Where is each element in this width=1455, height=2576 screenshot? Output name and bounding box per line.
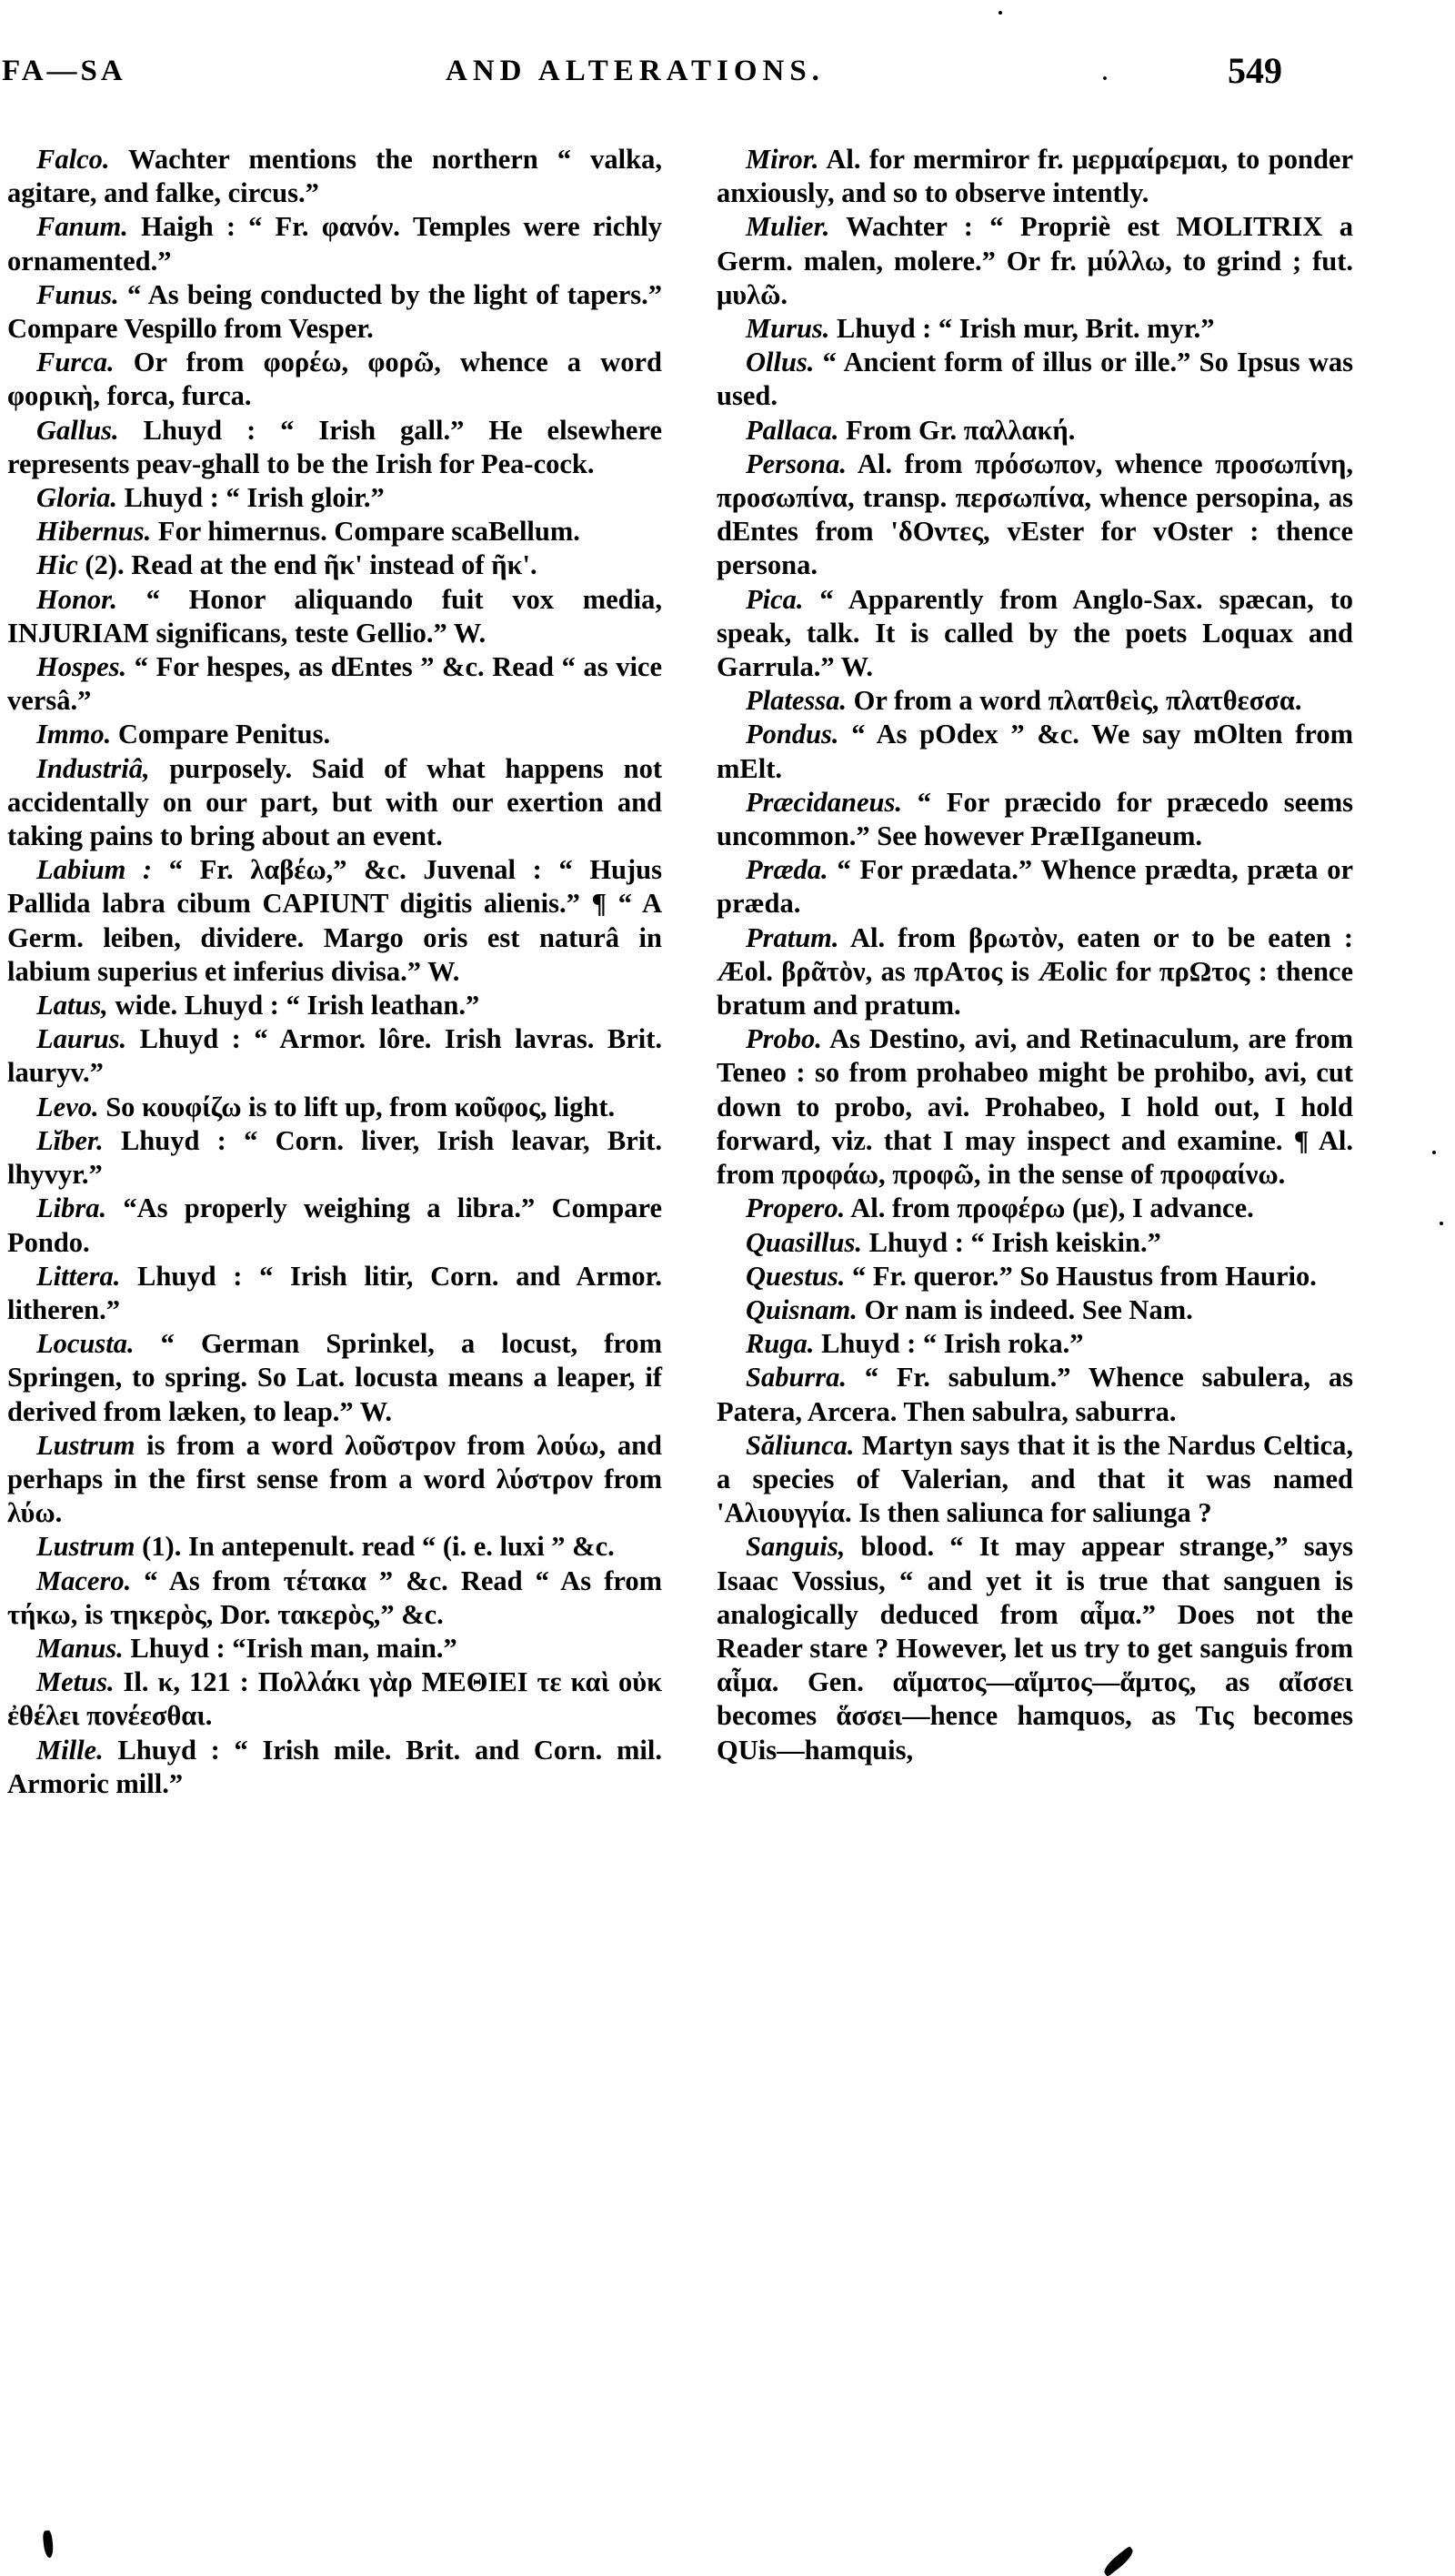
dictionary-entry: Hic (2). Read at the end ῆκ' instead of … <box>7 548 662 582</box>
dictionary-entry: Platessa. Or from a word πλατθεὶς, πλατθ… <box>717 684 1353 718</box>
dictionary-entry: Hibernus. For himernus. Compare scaBellu… <box>7 515 662 548</box>
entry-body: (2). Read at the end ῆκ' instead of ῆκ'. <box>78 549 537 580</box>
header-title: AND ALTERATIONS. <box>446 55 825 88</box>
dictionary-entry: Săliunca. Martyn says that it is the Nar… <box>717 1429 1353 1531</box>
speck-mark <box>998 11 1002 15</box>
page-number: 549 <box>1228 49 1282 92</box>
dictionary-entry: Falco. Wachter mentions the northern “ v… <box>7 143 662 210</box>
dictionary-entry: Latus, wide. Lhuyd : “ Irish leathan.” <box>7 989 662 1022</box>
entry-body: Or nam is indeed. See Nam. <box>858 1294 1193 1325</box>
dictionary-entry: Metus. Il. κ, 121 : Πολλάκι γὰρ ΜΕΘΙΕΙ τ… <box>7 1665 662 1733</box>
ink-blot-mark <box>42 2531 54 2559</box>
dictionary-entry: Quasillus. Lhuyd : “ Irish keiskin.” <box>717 1226 1353 1260</box>
entry-headword: Sanguis, <box>746 1531 845 1562</box>
dictionary-entry: Locusta. “ German Sprinkel, a locust, fr… <box>7 1327 662 1429</box>
entry-headword: Persona. <box>746 448 847 479</box>
dictionary-entry: Levo. So κουφίζω is to lift up, from κοῦ… <box>7 1091 662 1124</box>
dictionary-entry: Propero. Al. from προφέρω (με), I advanc… <box>717 1192 1353 1225</box>
entry-body: Lhuyd : “ Corn. liver, Irish leavar, Bri… <box>7 1125 662 1190</box>
entry-headword: Fanum. <box>36 211 128 242</box>
dictionary-entry: Mille. Lhuyd : “ Irish mile. Brit. and C… <box>7 1734 662 1801</box>
header-speck: . <box>1102 62 1111 86</box>
entry-headword: Industriâ, <box>36 753 150 784</box>
entry-headword: Metus. <box>36 1666 115 1697</box>
entry-headword: Probo. <box>746 1023 822 1054</box>
entry-body: Lhuyd : “ Irish mur, Brit. myr.” <box>829 313 1214 344</box>
dictionary-entry: Mulier. Wachter : “ Propriè est MOLITRIX… <box>717 210 1353 312</box>
running-header: FA—SA AND ALTERATIONS. . 549 <box>0 49 1455 95</box>
entry-headword: Funus. <box>36 279 119 310</box>
entry-headword: Hospes. <box>36 651 126 682</box>
dictionary-entry: Præda. “ For prædata.” Whence prædta, pr… <box>717 853 1353 921</box>
dictionary-entry: Labium : “ Fr. λαβέω,” &c. Juvenal : “ H… <box>7 853 662 989</box>
entry-body: Or from a word πλατθεὶς, πλατθεσσα. <box>847 685 1302 716</box>
dictionary-entry: Pica. “ Apparently from Anglo-Sax. spæca… <box>717 583 1353 685</box>
entry-body: (1). In antepenult. read “ (i. e. luxi ”… <box>135 1531 615 1562</box>
dictionary-entry: Macero. “ As from τέτακα ” &c. Read “ As… <box>7 1565 662 1632</box>
entry-headword: Mulier. <box>746 211 829 242</box>
entry-headword: Hic <box>36 549 78 580</box>
entry-headword: Honor. <box>36 584 117 615</box>
dictionary-entry: Præcidaneus. “ For præcido for præcedo s… <box>717 786 1353 853</box>
dictionary-entry: Probo. As Destino, avi, and Retinaculum,… <box>717 1022 1353 1192</box>
entry-body: From Gr. παλλακή. <box>839 415 1076 446</box>
left-column: Falco. Wachter mentions the northern “ v… <box>7 143 662 1801</box>
entry-headword: Questus. <box>746 1261 845 1292</box>
right-column: Miror. Al. for mermiror fr. μερμαίρεμαι,… <box>717 143 1353 1767</box>
entry-headword: Quisnam. <box>746 1294 858 1325</box>
entry-body: Lhuyd : “Irish man, main.” <box>124 1633 457 1664</box>
dictionary-entry: Gloria. Lhuyd : “ Irish gloir.” <box>7 481 662 515</box>
entry-body: blood. “ It may appear strange,” says Is… <box>717 1531 1353 1765</box>
dictionary-entry: Hospes. “ For hespes, as dEntes ” &c. Re… <box>7 650 662 718</box>
dictionary-entry: Persona. Al. from πρόσωπον, whence προσω… <box>717 448 1353 583</box>
entry-headword: Macero. <box>36 1565 131 1596</box>
entry-headword: Gallus. <box>36 415 119 446</box>
dictionary-entry: Gallus. Lhuyd : “ Irish gall.” He elsewh… <box>7 414 662 481</box>
dictionary-entry: Funus. “ As being conducted by the light… <box>7 278 662 346</box>
entry-headword: Hibernus. <box>36 516 151 547</box>
entry-body: “ Fr. queror.” So Haustus from Haurio. <box>845 1261 1317 1292</box>
entry-headword: Pica. <box>746 584 804 615</box>
dictionary-entry: Honor. “ Honor aliquando fuit vox media,… <box>7 583 662 650</box>
entry-headword: Saburra. <box>746 1362 847 1393</box>
dictionary-entry: Ruga. Lhuyd : “ Irish roka.” <box>717 1327 1353 1361</box>
dictionary-entry: Industriâ, purposely. Said of what happe… <box>7 752 662 854</box>
dictionary-entry: Pondus. “ As pOdex ” &c. We say mOlten f… <box>717 718 1353 785</box>
entry-headword: Manus. <box>36 1633 124 1664</box>
dictionary-entry: Lustrum is from a word λοῦστρον from λού… <box>7 1429 662 1531</box>
entry-headword: Laurus. <box>36 1023 126 1054</box>
dictionary-entry: Pratum. Al. from βρωτὸν, eaten or to be … <box>717 921 1353 1023</box>
dictionary-entry: Littera. Lhuyd : “ Irish litir, Corn. an… <box>7 1260 662 1327</box>
ink-smudge-mark <box>1101 2546 1137 2576</box>
entry-body: Lhuyd : “ Irish roka.” <box>814 1328 1083 1359</box>
dictionary-entry: Fanum. Haigh : “ Fr. φανόν. Temples were… <box>7 210 662 277</box>
entry-headword: Immo. <box>36 719 111 750</box>
entry-headword: Murus. <box>746 313 829 344</box>
entry-body: wide. Lhuyd : “ Irish leathan.” <box>108 990 479 1021</box>
entry-headword: Præcidaneus. <box>746 787 902 818</box>
dictionary-entry: Laurus. Lhuyd : “ Armor. lôre. Irish lav… <box>7 1022 662 1090</box>
entry-headword: Pratum. <box>746 922 839 953</box>
entry-headword: Labium : <box>36 854 152 885</box>
dictionary-entry: Furca. Or from φορέω, φορῶ, whence a wor… <box>7 346 662 413</box>
entry-headword: Săliunca. <box>746 1430 855 1461</box>
header-section-range: FA—SA <box>2 55 126 88</box>
entry-headword: Miror. <box>746 144 819 175</box>
entry-headword: Pallaca. <box>746 415 839 446</box>
entry-headword: Quasillus. <box>746 1227 862 1258</box>
speck-mark <box>1432 1151 1436 1154</box>
entry-headword: Pondus. <box>746 719 839 750</box>
dictionary-entry: Ollus. “ Ancient form of illus or ille.”… <box>717 346 1353 413</box>
dictionary-entry: Miror. Al. for mermiror fr. μερμαίρεμαι,… <box>717 143 1353 210</box>
entry-body: Compare Penitus. <box>111 719 330 750</box>
entry-body: “ Apparently from Anglo-Sax. spæcan, to … <box>717 584 1353 682</box>
entry-headword: Platessa. <box>746 685 847 716</box>
dictionary-entry: Saburra. “ Fr. sabulum.” Whence sabulera… <box>717 1361 1353 1428</box>
entry-headword: Furca. <box>36 347 115 377</box>
entry-headword: Lĭber. <box>36 1125 104 1156</box>
entry-headword: Levo. <box>36 1092 99 1122</box>
entry-headword: Ruga. <box>746 1328 814 1359</box>
entry-body: For himernus. Compare scaBellum. <box>151 516 580 547</box>
entry-body: Al. from προφέρω (με), I advance. <box>845 1192 1253 1223</box>
dictionary-entry: Libra. “As properly weighing a libra.” C… <box>7 1192 662 1259</box>
dictionary-entry: Manus. Lhuyd : “Irish man, main.” <box>7 1632 662 1665</box>
entry-headword: Latus, <box>36 990 108 1021</box>
dictionary-entry: Questus. “ Fr. queror.” So Haustus from … <box>717 1260 1353 1293</box>
entry-headword: Littera. <box>36 1261 120 1292</box>
entry-headword: Mille. <box>36 1735 104 1766</box>
dictionary-entry: Murus. Lhuyd : “ Irish mur, Brit. myr.” <box>717 312 1353 346</box>
entry-headword: Libra. <box>36 1192 106 1223</box>
dictionary-entry: Immo. Compare Penitus. <box>7 718 662 751</box>
dictionary-entry: Sanguis, blood. “ It may appear strange,… <box>717 1530 1353 1766</box>
entry-headword: Lustrum <box>36 1531 135 1562</box>
entry-headword: Locusta. <box>36 1328 135 1359</box>
entry-headword: Gloria. <box>36 482 117 513</box>
entry-headword: Falco. <box>36 144 109 175</box>
dictionary-entry: Lĭber. Lhuyd : “ Corn. liver, Irish leav… <box>7 1124 662 1192</box>
entry-body: Lhuyd : “ Irish gloir.” <box>117 482 385 513</box>
entry-body: So κουφίζω is to lift up, from κοῦφος, l… <box>99 1092 616 1122</box>
entry-headword: Propero. <box>746 1192 845 1223</box>
entry-body: Lhuyd : “ Irish mile. Brit. and Corn. mi… <box>7 1735 662 1799</box>
dictionary-entry: Quisnam. Or nam is indeed. See Nam. <box>717 1293 1353 1327</box>
speck-mark <box>1440 1222 1443 1225</box>
dictionary-entry: Pallaca. From Gr. παλλακή. <box>717 414 1353 448</box>
entry-headword: Præda. <box>746 854 828 885</box>
entry-body: Lhuyd : “ Irish keiskin.” <box>862 1227 1161 1258</box>
entry-headword: Ollus. <box>746 347 814 377</box>
entry-headword: Lustrum <box>36 1430 135 1461</box>
dictionary-entry: Lustrum (1). In antepenult. read “ (i. e… <box>7 1530 662 1564</box>
